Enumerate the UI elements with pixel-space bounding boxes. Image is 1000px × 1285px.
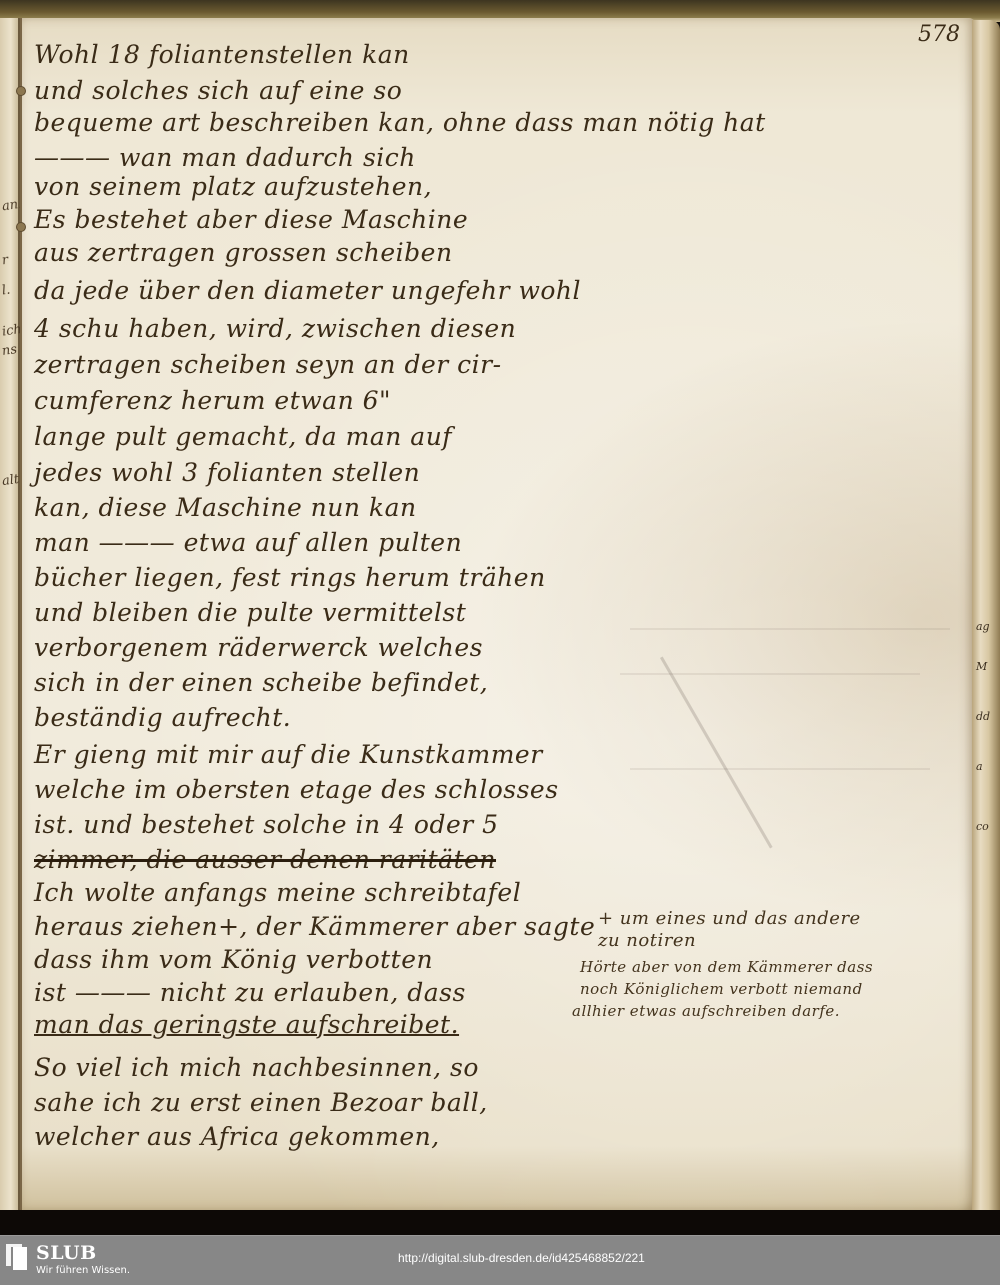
right-edge-fragment: co	[976, 820, 989, 833]
scan-bottom-shadow	[0, 1210, 1000, 1235]
bleed-through-line	[630, 768, 930, 770]
text-line: beständig aufrecht.	[34, 703, 291, 732]
marginal-note: allhier etwas aufschreiben darfe.	[572, 1002, 840, 1020]
text-line: Er gieng mit mir auf die Kunstkammer	[34, 740, 543, 769]
text-line: Wohl 18 foliantenstellen kan	[34, 40, 410, 69]
bleed-through-stroke	[660, 657, 773, 849]
logo-name: SLUB	[36, 1242, 130, 1264]
text-line: ist ——— nicht zu erlauben, dass	[34, 978, 466, 1007]
text-line: Ich wolte anfangs meine schreibtafel	[34, 878, 521, 907]
text-line: 4 schu haben, wird, zwischen diesen	[34, 314, 516, 343]
bleed-through-line	[620, 673, 920, 675]
previous-page-edge: an. r l. ich, ns alt	[0, 18, 20, 1218]
text-line: da jede über den diameter ungefehr wohl	[34, 276, 581, 305]
page-stack-edge: ag M dd a co	[972, 20, 1000, 1220]
left-page-fragment: ns	[1, 342, 18, 359]
right-edge-fragment: ag	[976, 620, 990, 633]
right-edge-fragment: a	[976, 760, 983, 773]
left-page-fragment: alt	[1, 472, 20, 489]
text-line: sich in der einen scheibe befindet,	[34, 668, 488, 697]
page-gutter-line	[20, 18, 22, 1218]
text-line: und bleiben die pulte vermittelst	[34, 598, 466, 627]
marginal-note: noch Königlichem verbott niemand	[580, 980, 863, 998]
text-line: jedes wohl 3 folianten stellen	[34, 458, 420, 487]
text-line: aus zertragen grossen scheiben	[34, 238, 453, 267]
text-line: man ——— etwa auf allen pulten	[34, 528, 462, 557]
text-line: zertragen scheiben seyn an der cir-	[34, 350, 502, 379]
text-line: cumferenz herum etwan 6"	[34, 386, 391, 415]
marginal-note: + um eines und das andere	[598, 908, 861, 929]
text-line: kan, diese Maschine nun kan	[34, 493, 417, 522]
text-line: sahe ich zu erst einen Bezoar ball,	[34, 1088, 488, 1117]
source-url-link[interactable]: http://digital.slub-dresden.de/id4254688…	[398, 1251, 645, 1265]
page-number: 578	[918, 22, 960, 47]
bleed-through-line	[630, 628, 950, 630]
book-pages-icon	[6, 1244, 28, 1270]
binding-stitch	[16, 222, 26, 232]
right-edge-fragment: M	[976, 660, 987, 673]
text-line: dass ihm vom König verbotten	[34, 945, 433, 974]
text-line: ——— wan man dadurch sich	[34, 143, 416, 172]
text-line: welche im obersten etage des schlosses	[34, 775, 559, 804]
text-line: verborgenem räderwerck welches	[34, 633, 483, 662]
text-line: Es bestehet aber diese Maschine	[34, 205, 468, 234]
text-line-struck: zimmer, die ausser denen raritäten	[34, 845, 496, 874]
text-line: So viel ich mich nachbesinnen, so	[34, 1053, 479, 1082]
text-line: bücher liegen, fest rings herum trähen	[34, 563, 546, 592]
logo-tagline: Wir führen Wissen.	[36, 1264, 130, 1278]
marginal-note: zu notiren	[598, 930, 696, 951]
text-line: und solches sich auf eine so	[34, 76, 402, 105]
right-edge-fragment: dd	[976, 710, 990, 723]
text-line: heraus ziehen+, der Kämmerer aber sagte	[34, 912, 595, 941]
left-page-fragment: l.	[1, 282, 11, 298]
text-line: von seinem platz aufzustehen,	[34, 172, 432, 201]
text-line: man das geringste aufschreibet.	[34, 1010, 459, 1039]
footer-bar: SLUB Wir führen Wissen. http://digital.s…	[0, 1235, 1000, 1285]
slub-logo[interactable]: SLUB Wir führen Wissen.	[6, 1242, 130, 1278]
text-line: ist. und bestehet solche in 4 oder 5	[34, 810, 499, 839]
text-line: bequeme art beschreiben kan, ohne dass m…	[34, 108, 766, 137]
manuscript-scan: an. r l. ich, ns alt ag M dd a co 578 Wo…	[0, 0, 1000, 1235]
text-line: lange pult gemacht, da man auf	[34, 422, 452, 451]
marginal-note: Hörte aber von dem Kämmerer dass	[580, 958, 873, 976]
left-page-fragment: r	[1, 253, 9, 269]
text-line: welcher aus Africa gekommen,	[34, 1122, 440, 1151]
binding-stitch	[16, 86, 26, 96]
